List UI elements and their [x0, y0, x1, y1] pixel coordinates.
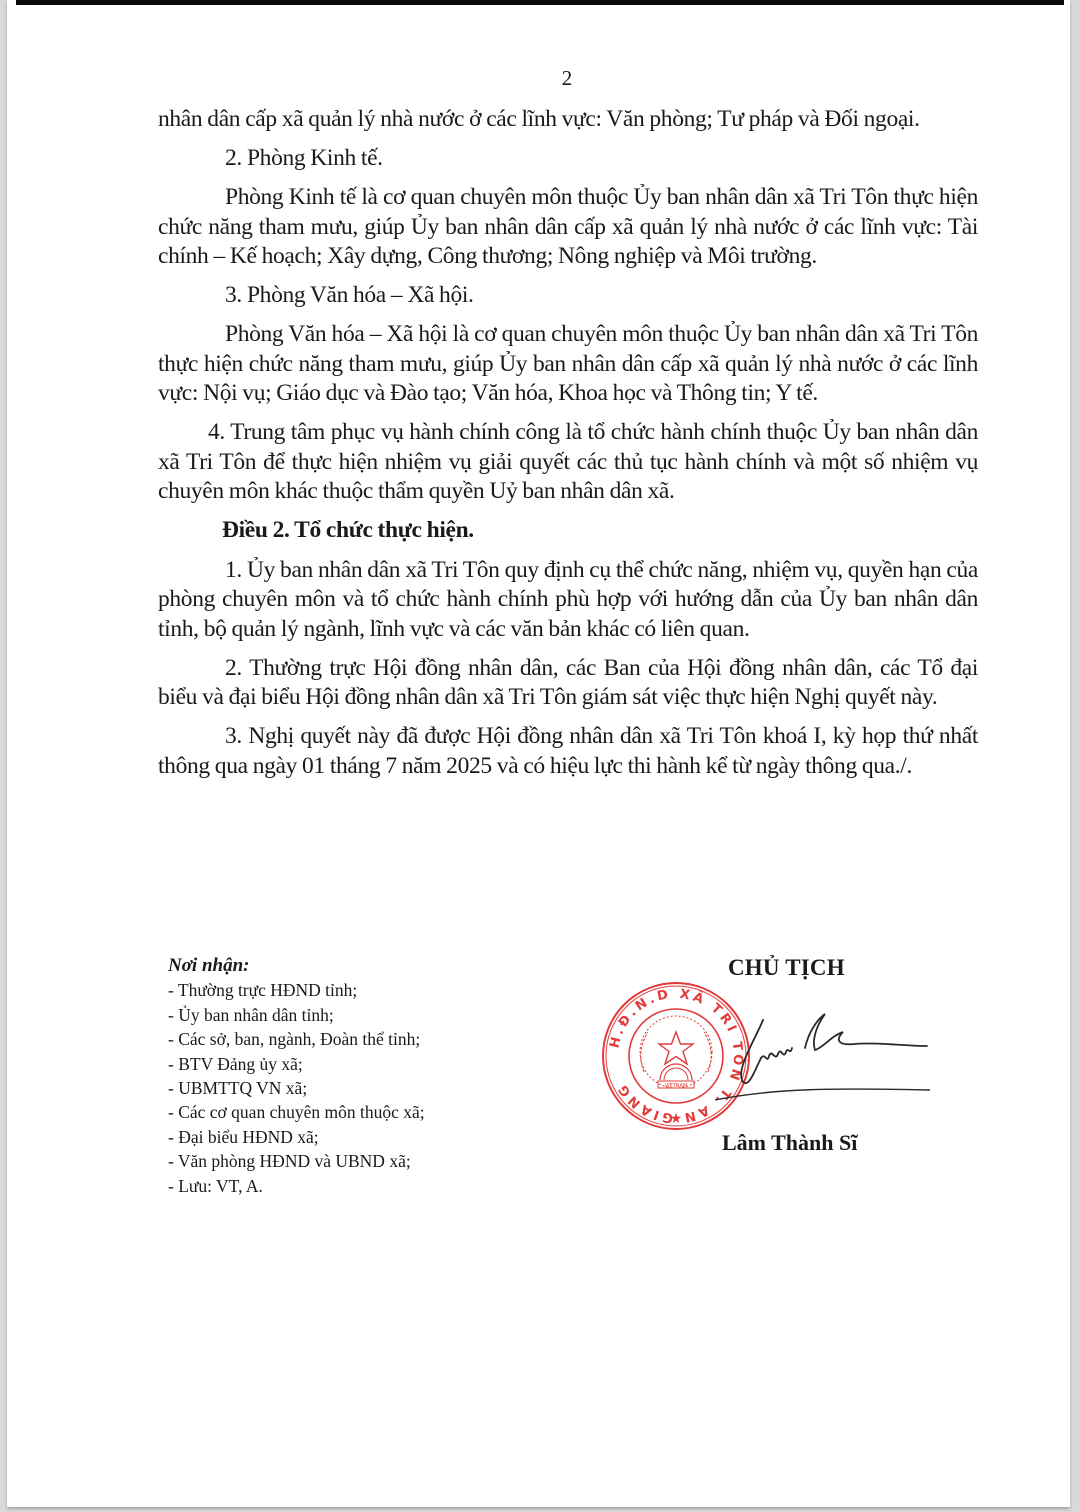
signer-name: Lâm Thành Sĩ	[722, 1130, 857, 1156]
body-paragraph: 1. Ủy ban nhân dân xã Tri Tôn quy định c…	[158, 556, 978, 645]
body-paragraph: 2. Phòng Kinh tế.	[158, 144, 978, 174]
svg-text:VIETNAM: VIETNAM	[665, 1083, 688, 1089]
body-paragraph: 3. Phòng Văn hóa – Xã hội.	[158, 281, 978, 311]
recipient-item: - Ủy ban nhân dân tỉnh;	[168, 1003, 425, 1027]
recipients-title: Nơi nhận:	[168, 954, 425, 978]
body-paragraph: Phòng Kinh tế là cơ quan chuyên môn thuộ…	[158, 183, 978, 272]
top-edge-bar	[16, 0, 1064, 5]
recipient-item: - BTV Đảng ủy xã;	[168, 1052, 425, 1076]
article-heading: Điều 2. Tổ chức thực hiện.	[158, 516, 978, 546]
recipients-list: - Thường trực HĐND tỉnh;- Ủy ban nhân dâ…	[168, 978, 425, 1198]
recipient-item: - Các sở, ban, ngành, Đoàn thể tỉnh;	[168, 1027, 425, 1051]
recipient-item: - Thường trực HĐND tỉnh;	[168, 978, 425, 1002]
document-body: nhân dân cấp xã quản lý nhà nước ở các l…	[158, 105, 978, 791]
recipient-item: - Lưu: VT, A.	[168, 1174, 425, 1198]
body-paragraph: 2. Thường trực Hội đồng nhân dân, các Ba…	[158, 654, 978, 713]
signature-scribble-icon	[715, 1000, 930, 1110]
body-paragraph: Phòng Văn hóa – Xã hội là cơ quan chuyên…	[158, 320, 978, 409]
body-paragraph: nhân dân cấp xã quản lý nhà nước ở các l…	[158, 105, 978, 135]
recipient-item: - Văn phòng HĐND và UBND xã;	[168, 1149, 425, 1173]
signer-title: CHỦ TỊCH	[728, 955, 845, 981]
recipient-item: - UBMTTQ VN xã;	[168, 1076, 425, 1100]
body-paragraph: 3. Nghị quyết này đã được Hội đồng nhân …	[158, 722, 978, 781]
svg-text:★: ★	[670, 1111, 683, 1127]
page-number: 2	[0, 66, 1080, 91]
recipient-item: - Đại biểu HĐND xã;	[168, 1125, 425, 1149]
body-paragraph: 4. Trung tâm phục vụ hành chính công là …	[158, 418, 978, 507]
recipient-item: - Các cơ quan chuyên môn thuộc xã;	[168, 1100, 425, 1124]
recipients-block: Nơi nhận: - Thường trực HĐND tỉnh;- Ủy b…	[168, 954, 425, 1198]
